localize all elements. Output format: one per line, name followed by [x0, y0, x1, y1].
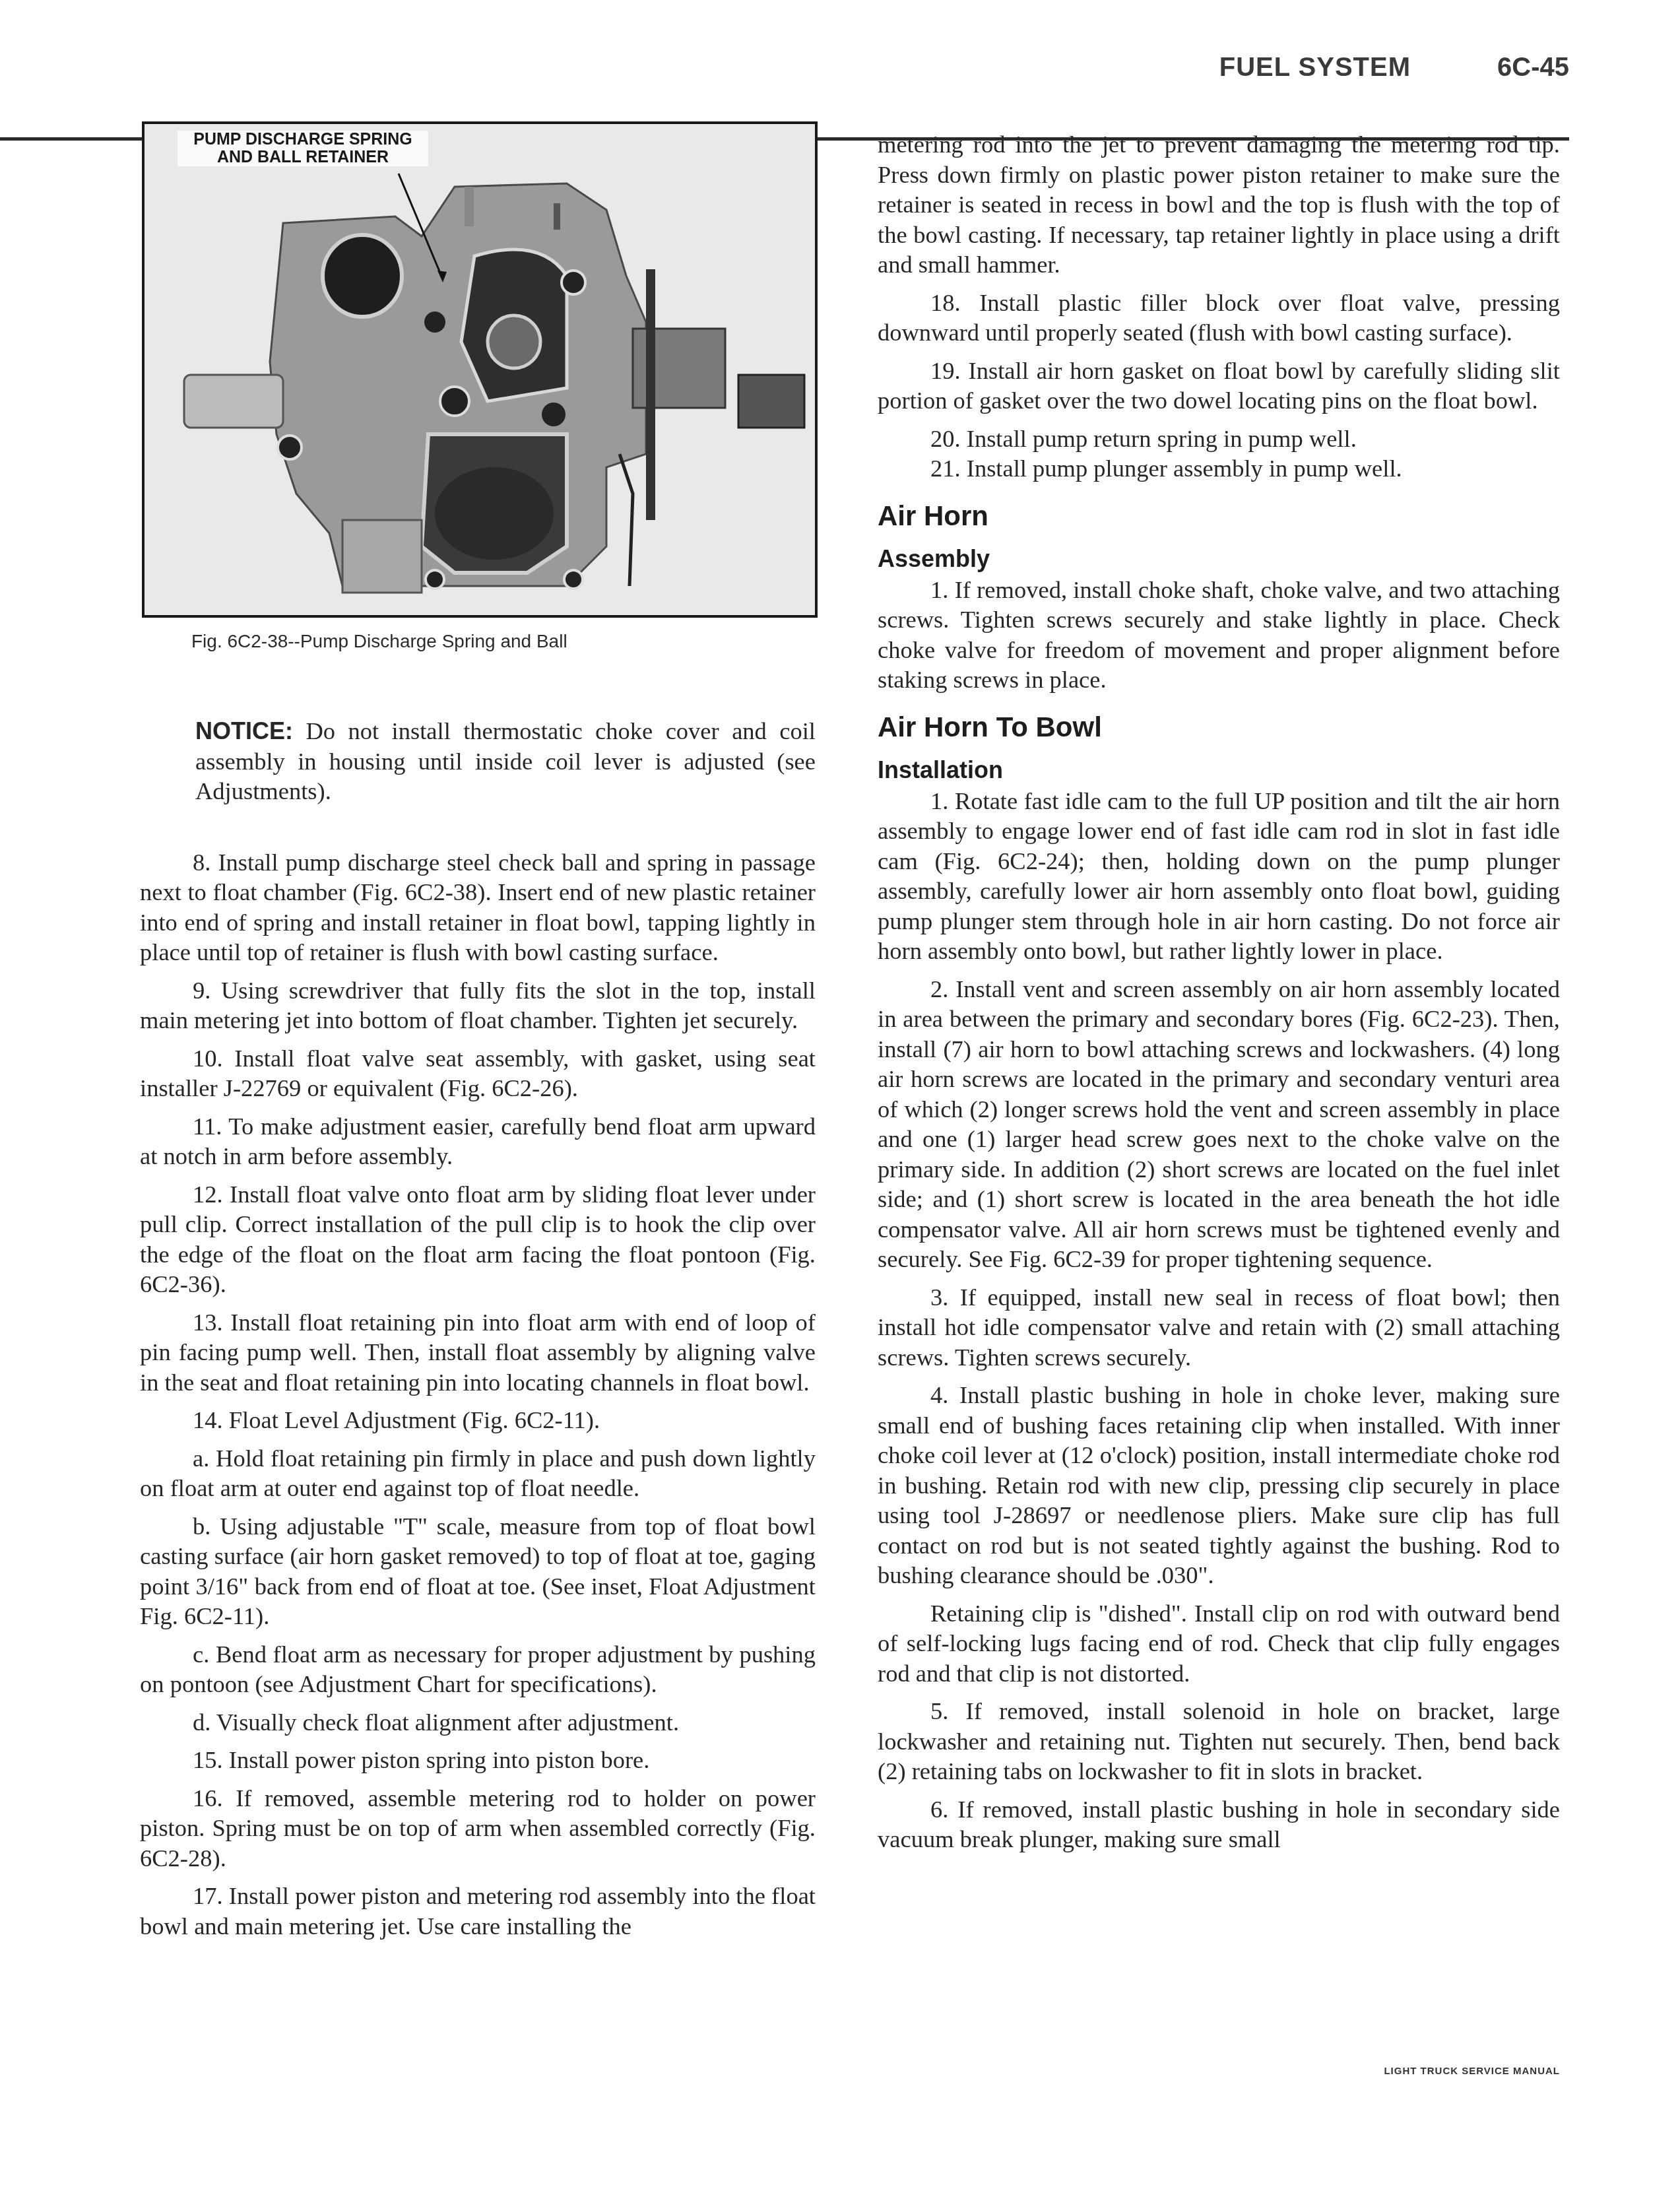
page-number: 6C-45 — [1497, 53, 1569, 82]
notice-paragraph: NOTICE: Do not install thermostatic chok… — [140, 716, 816, 806]
figure-callout-label: PUMP DISCHARGE SPRING AND BALL RETAINER — [178, 131, 428, 166]
subheading-assembly: Assembly — [878, 544, 1560, 573]
step-13: 13. Install float retaining pin into flo… — [140, 1307, 816, 1398]
install-step-1: 1. Rotate fast idle cam to the full UP p… — [878, 786, 1560, 966]
subheading-installation: Installation — [878, 756, 1560, 785]
step-19: 19. Install air horn gasket on float bow… — [878, 356, 1560, 416]
install-step-2: 2. Install vent and screen assembly on a… — [878, 974, 1560, 1274]
step-14d: d. Visually check float alignment after … — [140, 1707, 816, 1738]
step-8: 8. Install pump discharge steel check ba… — [140, 847, 816, 967]
install-step-5: 5. If removed, install solenoid in hole … — [878, 1696, 1560, 1786]
step-9: 9. Using screwdriver that fully fits the… — [140, 975, 816, 1035]
step-21: 21. Install pump plunger assembly in pum… — [878, 453, 1560, 484]
page-header: FUEL SYSTEM 6C-45 — [0, 53, 1569, 87]
step-18: 18. Install plastic filler block over fl… — [878, 288, 1560, 348]
install-step-3: 3. If equipped, install new seal in rece… — [878, 1282, 1560, 1373]
page-footer: LIGHT TRUCK SERVICE MANUAL — [1384, 2066, 1560, 2077]
heading-air-horn: Air Horn — [878, 500, 1560, 533]
section-title: FUEL SYSTEM — [1219, 53, 1411, 82]
retaining-clip-note: Retaining clip is "dished". Install clip… — [878, 1598, 1560, 1689]
carburetor-photo-icon — [145, 124, 815, 615]
step-17: 17. Install power piston and metering ro… — [140, 1881, 816, 1941]
right-column: metering rod into the jet to prevent dam… — [878, 129, 1560, 1854]
step-12: 12. Install float valve onto float arm b… — [140, 1179, 816, 1299]
step-17-continuation: metering rod into the jet to prevent dam… — [878, 129, 1560, 280]
left-column: NOTICE: Do not install thermostatic chok… — [140, 716, 816, 1941]
step-14: 14. Float Level Adjustment (Fig. 6C2-11)… — [140, 1405, 816, 1435]
step-14a: a. Hold float retaining pin firmly in pl… — [140, 1443, 816, 1503]
heading-air-horn-to-bowl: Air Horn To Bowl — [878, 711, 1560, 744]
figure-caption: Fig. 6C2-38--Pump Discharge Spring and B… — [191, 631, 567, 652]
step-14c: c. Bend float arm as necessary for prope… — [140, 1639, 816, 1699]
step-11: 11. To make adjustment easier, carefully… — [140, 1111, 816, 1171]
notice-label: NOTICE: — [195, 717, 293, 744]
step-20: 20. Install pump return spring in pump w… — [878, 424, 1560, 454]
install-step-4: 4. Install plastic bushing in hole in ch… — [878, 1380, 1560, 1590]
step-14b: b. Using adjustable "T" scale, measure f… — [140, 1511, 816, 1631]
step-10: 10. Install float valve seat assembly, w… — [140, 1043, 816, 1103]
air-horn-step-1: 1. If removed, install choke shaft, chok… — [878, 575, 1560, 695]
step-16: 16. If removed, assemble metering rod to… — [140, 1783, 816, 1874]
install-step-6: 6. If removed, install plastic bushing i… — [878, 1794, 1560, 1854]
figure-carburetor-photo: PUMP DISCHARGE SPRING AND BALL RETAINER — [142, 121, 818, 618]
step-15: 15. Install power piston spring into pis… — [140, 1745, 816, 1775]
